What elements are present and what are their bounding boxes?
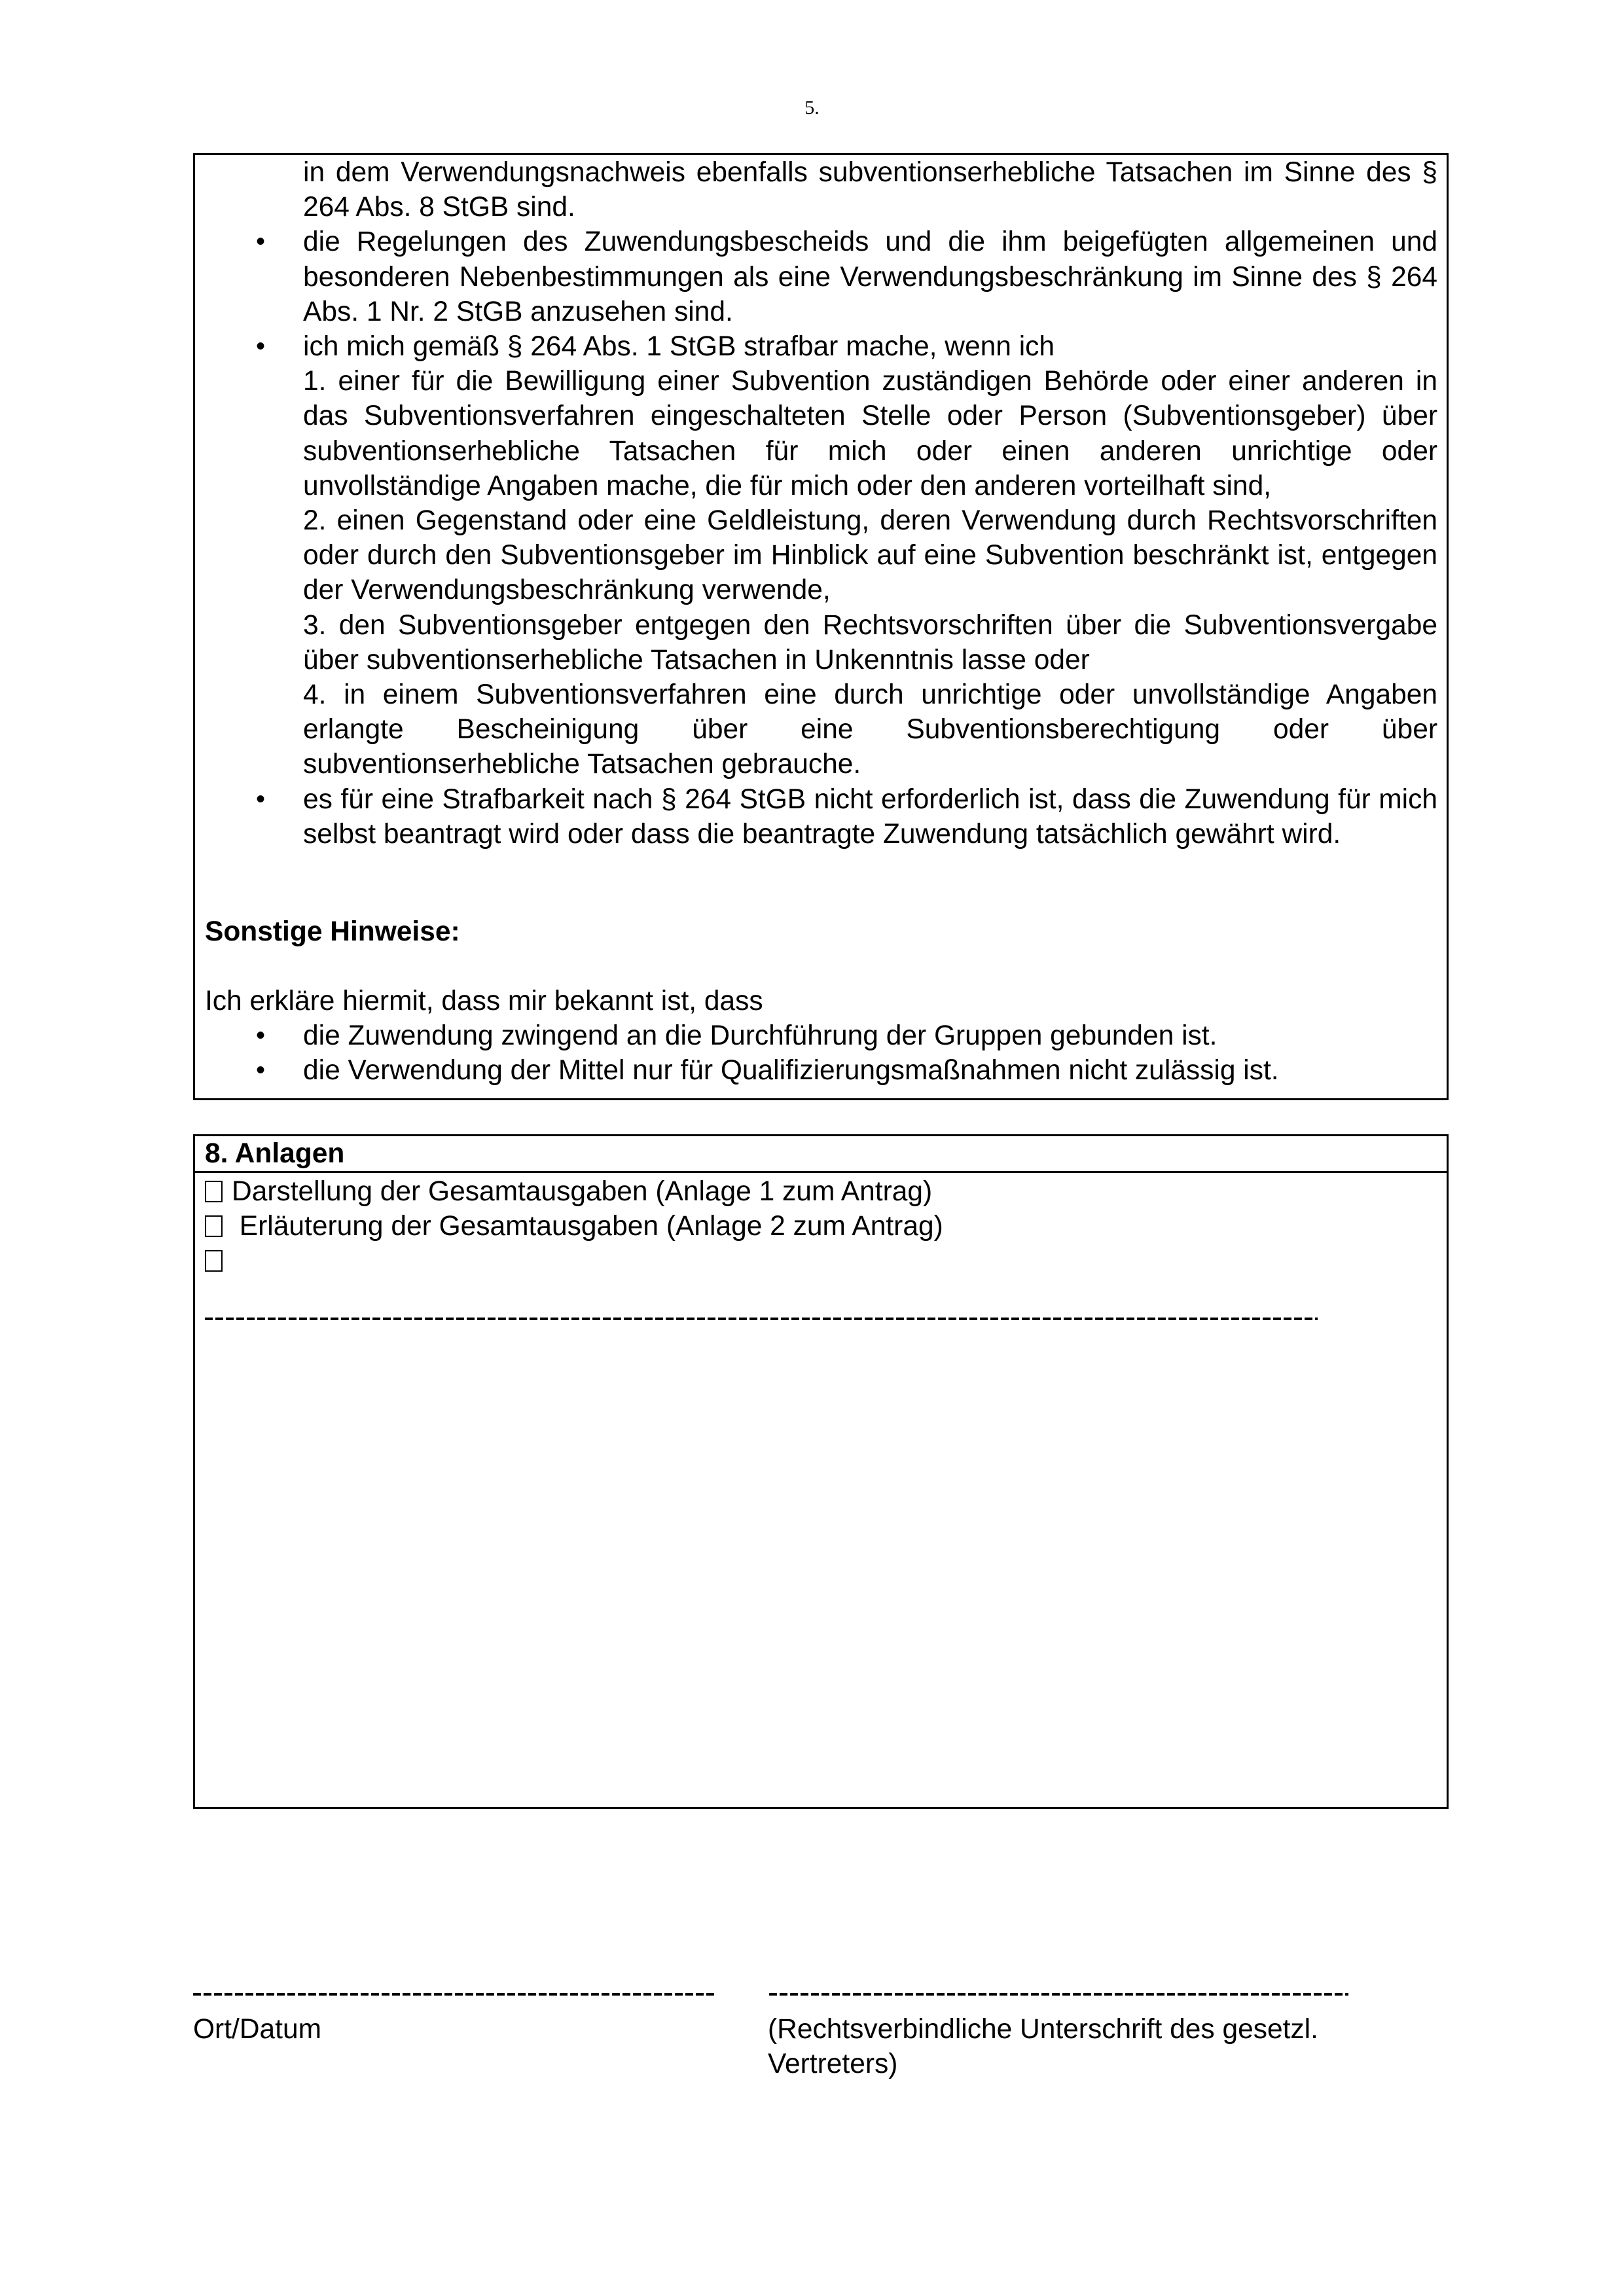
anlagen-header: 8. Anlagen (195, 1136, 1447, 1173)
anlagen-list: Darstellung der Gesamtausgaben (Anlage 1… (205, 1174, 1437, 1279)
bullet-icon: • (256, 1018, 265, 1053)
attachment-item (205, 1244, 1437, 1278)
attachment-item: Darstellung der Gesamtausgaben (Anlage 1… (205, 1174, 1437, 1209)
bullet-icon: • (256, 224, 265, 259)
attachment-label: Darstellung der Gesamtausgaben (Anlage 1… (232, 1174, 932, 1209)
attachment-checkbox[interactable] (205, 1250, 223, 1272)
page-number: 5. (0, 97, 1624, 119)
sonstige-intro: Ich erkläre hiermit, dass mir bekannt is… (205, 984, 763, 1018)
section-title: 8. Anlagen (205, 1136, 344, 1171)
list-item-text: ich mich gemäß § 264 Abs. 1 StGB strafba… (303, 329, 1437, 364)
place-date-label: Ort/Datum (193, 2012, 321, 2047)
numbered-item: 4. in einem Subventionsverfahren eine du… (303, 677, 1437, 782)
list-item: • ich mich gemäß § 264 Abs. 1 StGB straf… (303, 329, 1437, 782)
attachment-checkbox[interactable] (205, 1215, 223, 1237)
numbered-item: 1. einer für die Bewilligung einer Subve… (303, 364, 1437, 503)
date-signature-line[interactable] (193, 1993, 717, 1996)
numbered-item: 3. den Subventionsgeber entgegen den Rec… (303, 608, 1437, 677)
bullet-icon: • (256, 1053, 265, 1088)
list-item-text: die Zuwendung zwingend an die Durchführu… (303, 1018, 1437, 1053)
list-item: • die Zuwendung zwingend an die Durchfüh… (303, 1018, 1437, 1053)
continuation-text: in dem Verwendungsnachweis ebenfalls sub… (303, 155, 1437, 224)
dashed-separator (205, 1318, 1318, 1320)
declaration-box: in dem Verwendungsnachweis ebenfalls sub… (193, 153, 1449, 1100)
numbered-item: 2. einen Gegenstand oder eine Geldleistu… (303, 503, 1437, 608)
bullet-icon: • (256, 782, 265, 817)
attachment-checkbox[interactable] (205, 1181, 223, 1202)
bullet-icon: • (256, 329, 265, 364)
list-item-text: es für eine Strafbarkeit nach § 264 StGB… (303, 782, 1437, 852)
list-item-text: die Regelungen des Zuwendungsbescheids u… (303, 224, 1437, 329)
anlagen-box: 8. Anlagen Darstellung der Gesamtausgabe… (193, 1134, 1449, 1809)
list-item: • die Verwendung der Mittel nur für Qual… (303, 1053, 1437, 1088)
sonstige-list: • die Zuwendung zwingend an die Durchfüh… (303, 1018, 1437, 1088)
legal-signature-label: (Rechtsverbindliche Unterschrift des ges… (768, 2012, 1422, 2081)
list-item: • die Regelungen des Zuwendungsbescheids… (303, 224, 1437, 329)
list-item: • es für eine Strafbarkeit nach § 264 St… (303, 782, 1437, 852)
list-item-text: die Verwendung der Mittel nur für Qualif… (303, 1053, 1437, 1088)
declaration-list: in dem Verwendungsnachweis ebenfalls sub… (303, 155, 1437, 852)
attachment-label: Erläuterung der Gesamtausgaben (Anlage 2… (232, 1209, 943, 1244)
attachment-item: Erläuterung der Gesamtausgaben (Anlage 2… (205, 1209, 1437, 1244)
legal-signature-line[interactable] (769, 1993, 1348, 1996)
sonstige-heading: Sonstige Hinweise: (205, 914, 460, 949)
